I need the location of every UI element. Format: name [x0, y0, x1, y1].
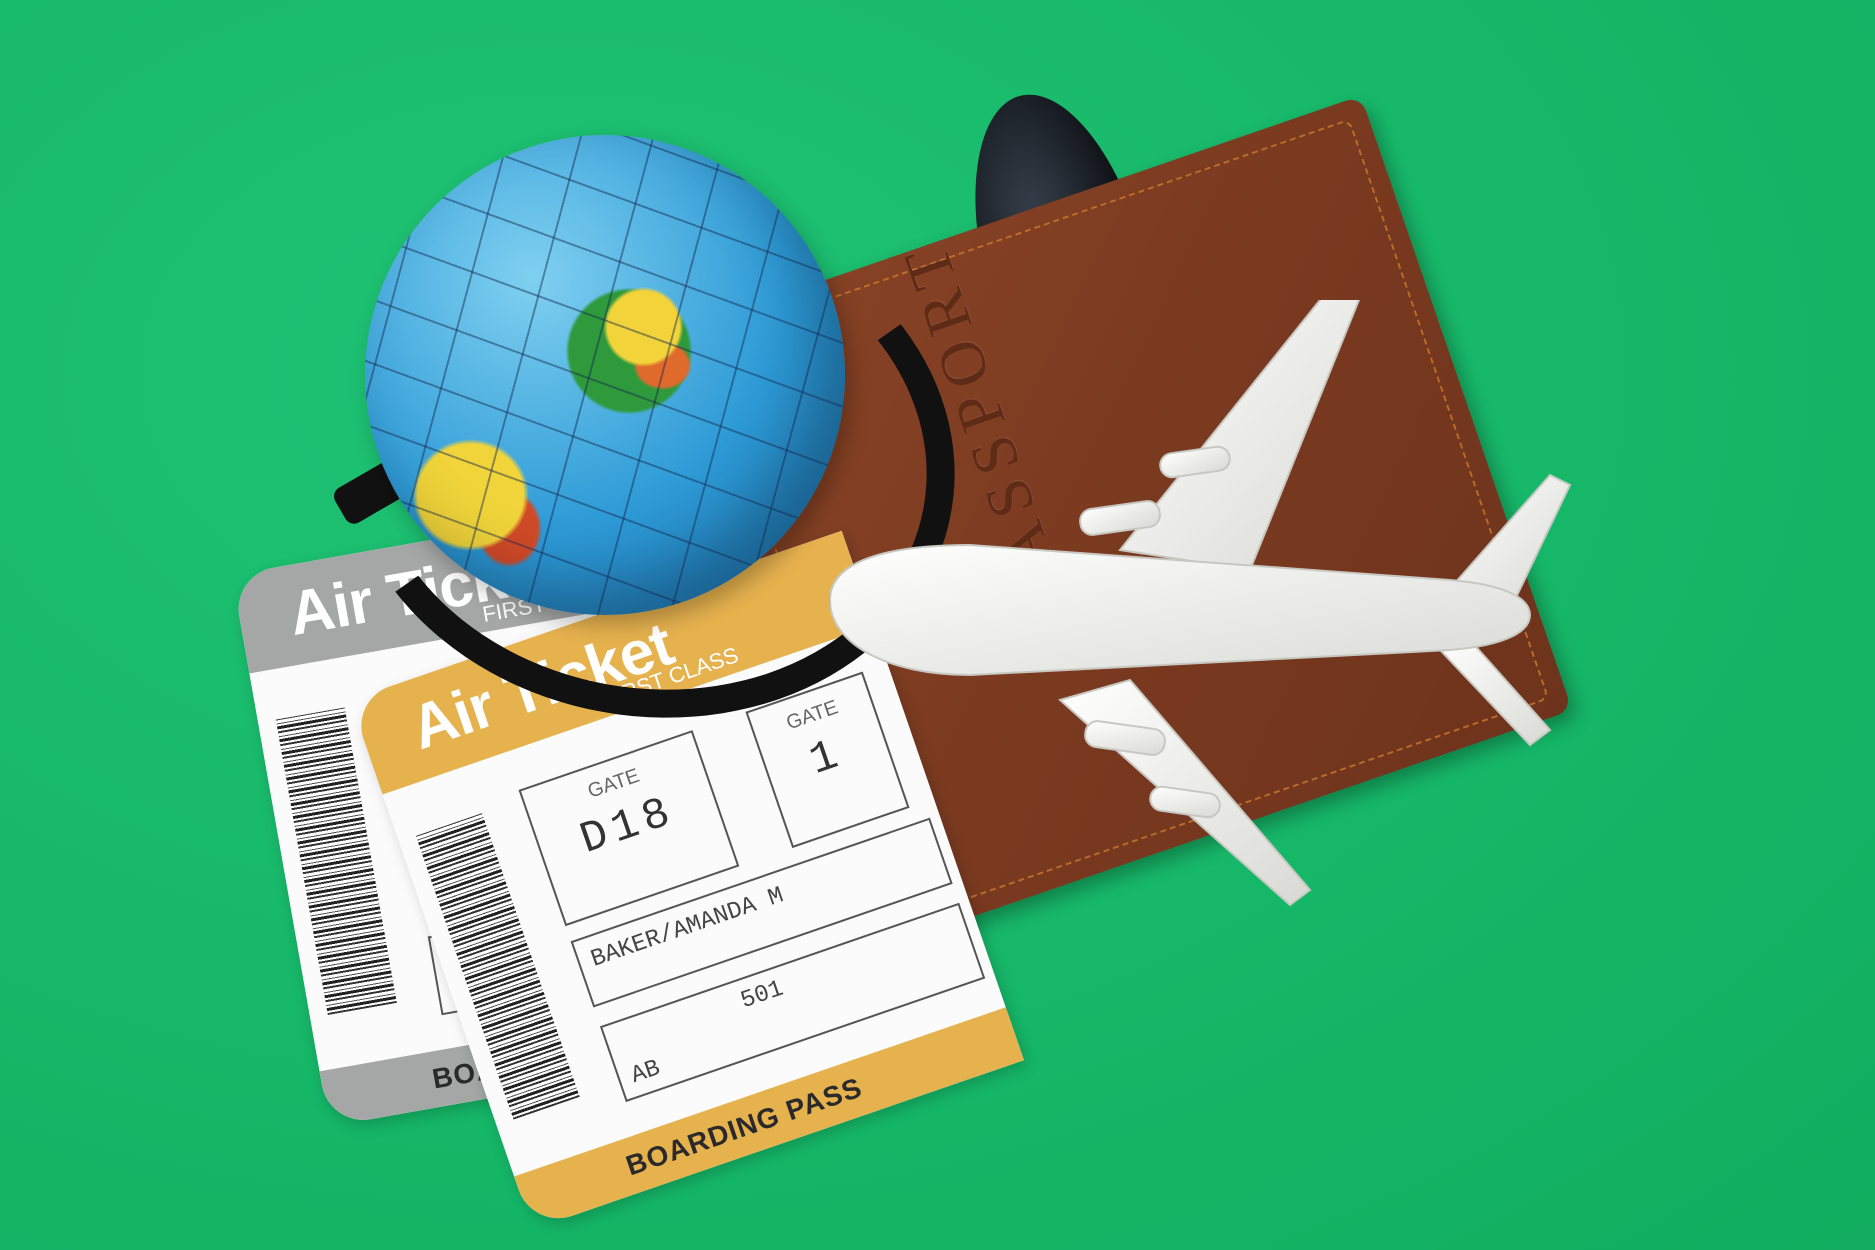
globe [365, 135, 845, 615]
flight-number: 501 [737, 976, 787, 1016]
airplane-icon [830, 300, 1590, 1100]
flight-code: AB [628, 1055, 664, 1090]
photo-scene: PASSPORT Air Ticket FIRST CLASS GATE AB … [0, 0, 1875, 1250]
toy-airplane [830, 300, 1590, 1100]
